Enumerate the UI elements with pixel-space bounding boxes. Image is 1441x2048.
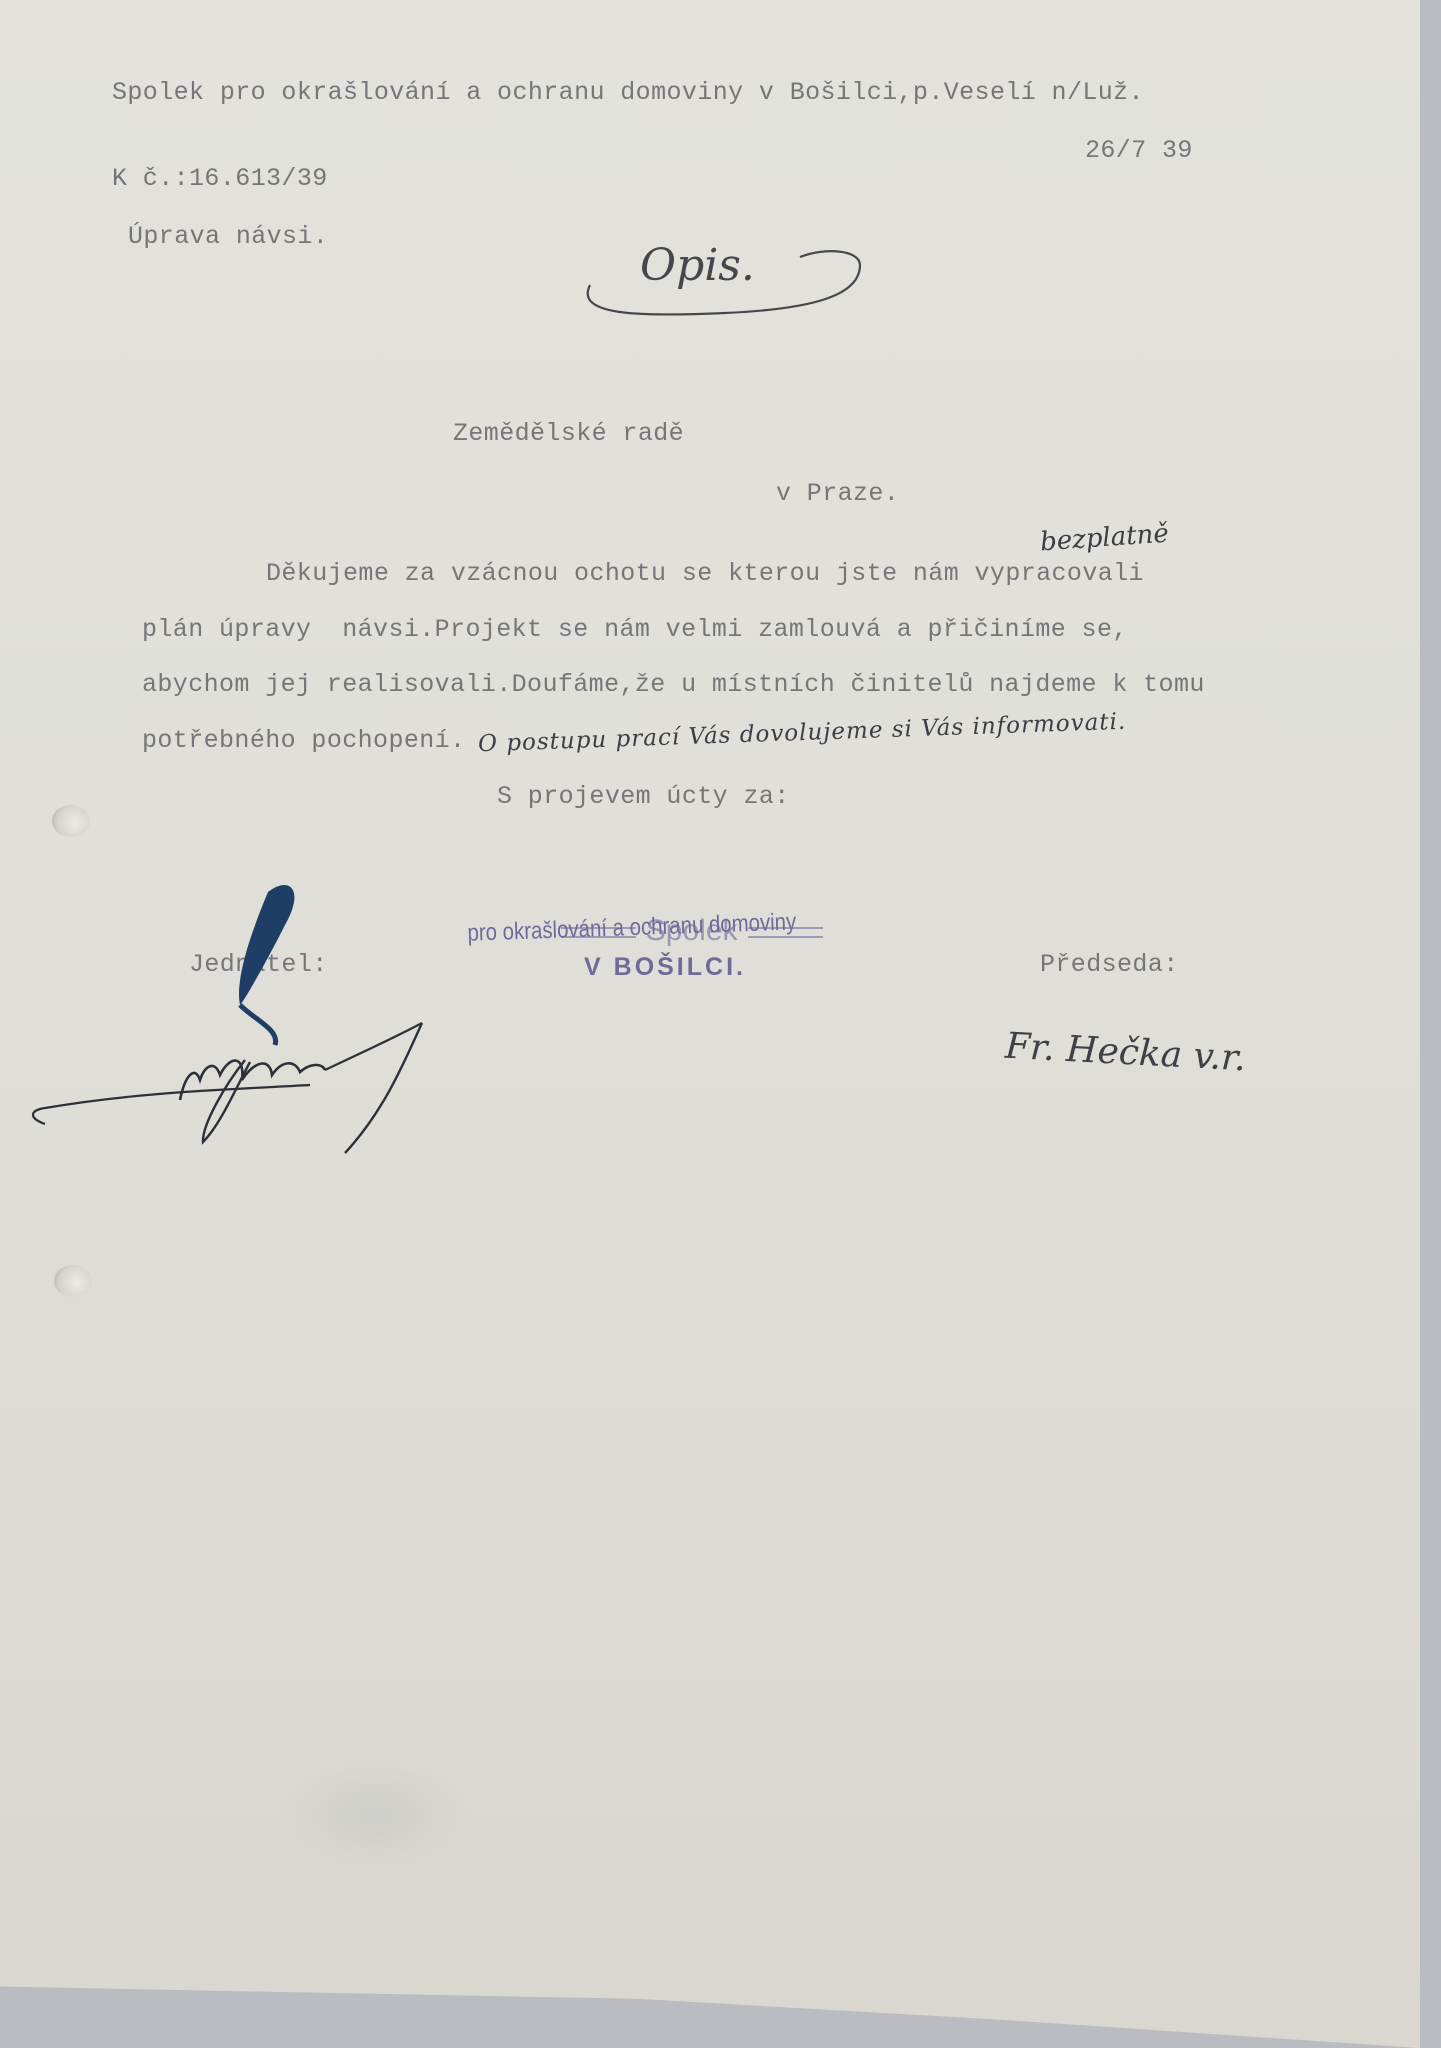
date: 26/7 39: [1085, 138, 1193, 163]
subject-line: Úprava návsi.: [128, 224, 328, 249]
reference-number: K č.:16.613/39: [112, 166, 328, 191]
handwritten-insertion: bezplatně: [1039, 521, 1169, 556]
punch-hole-bottom: [54, 1265, 92, 1297]
closing-line: S projevem úcty za:: [497, 784, 790, 809]
recipient-line-2: v Praze.: [776, 481, 899, 506]
right-signature: Fr. Hečka v.r.: [1004, 1029, 1246, 1078]
body-line-3: abychom jej realisovali.Doufáme,že u mís…: [142, 672, 1205, 697]
body-line-2: plán úpravy návsi.Projekt se nám velmi z…: [142, 617, 1128, 642]
punch-hole-top: [52, 805, 90, 837]
signature-label-right: Předseda:: [1040, 952, 1179, 977]
document-page: Spolek pro okrašlování a ochranu domovin…: [0, 0, 1420, 2048]
handwritten-addendum: O postupu prací Vás dovolujeme si Vás in…: [478, 711, 1127, 757]
stamp-line-3: V BOŠILCI.: [540, 953, 790, 982]
body-line-1: Děkujeme za vzácnou ochotu se kterou jst…: [266, 561, 1144, 586]
bleed-through-mark: [275, 1755, 475, 1875]
left-signature-icon: [20, 880, 440, 1150]
underline-swoop-icon: [575, 245, 875, 325]
recipient-line-1: Zemědělské radě: [453, 421, 684, 446]
body-line-4: potřebného pochopení.: [142, 728, 465, 753]
letterhead: Spolek pro okrašlování a ochranu domovin…: [112, 80, 1144, 105]
